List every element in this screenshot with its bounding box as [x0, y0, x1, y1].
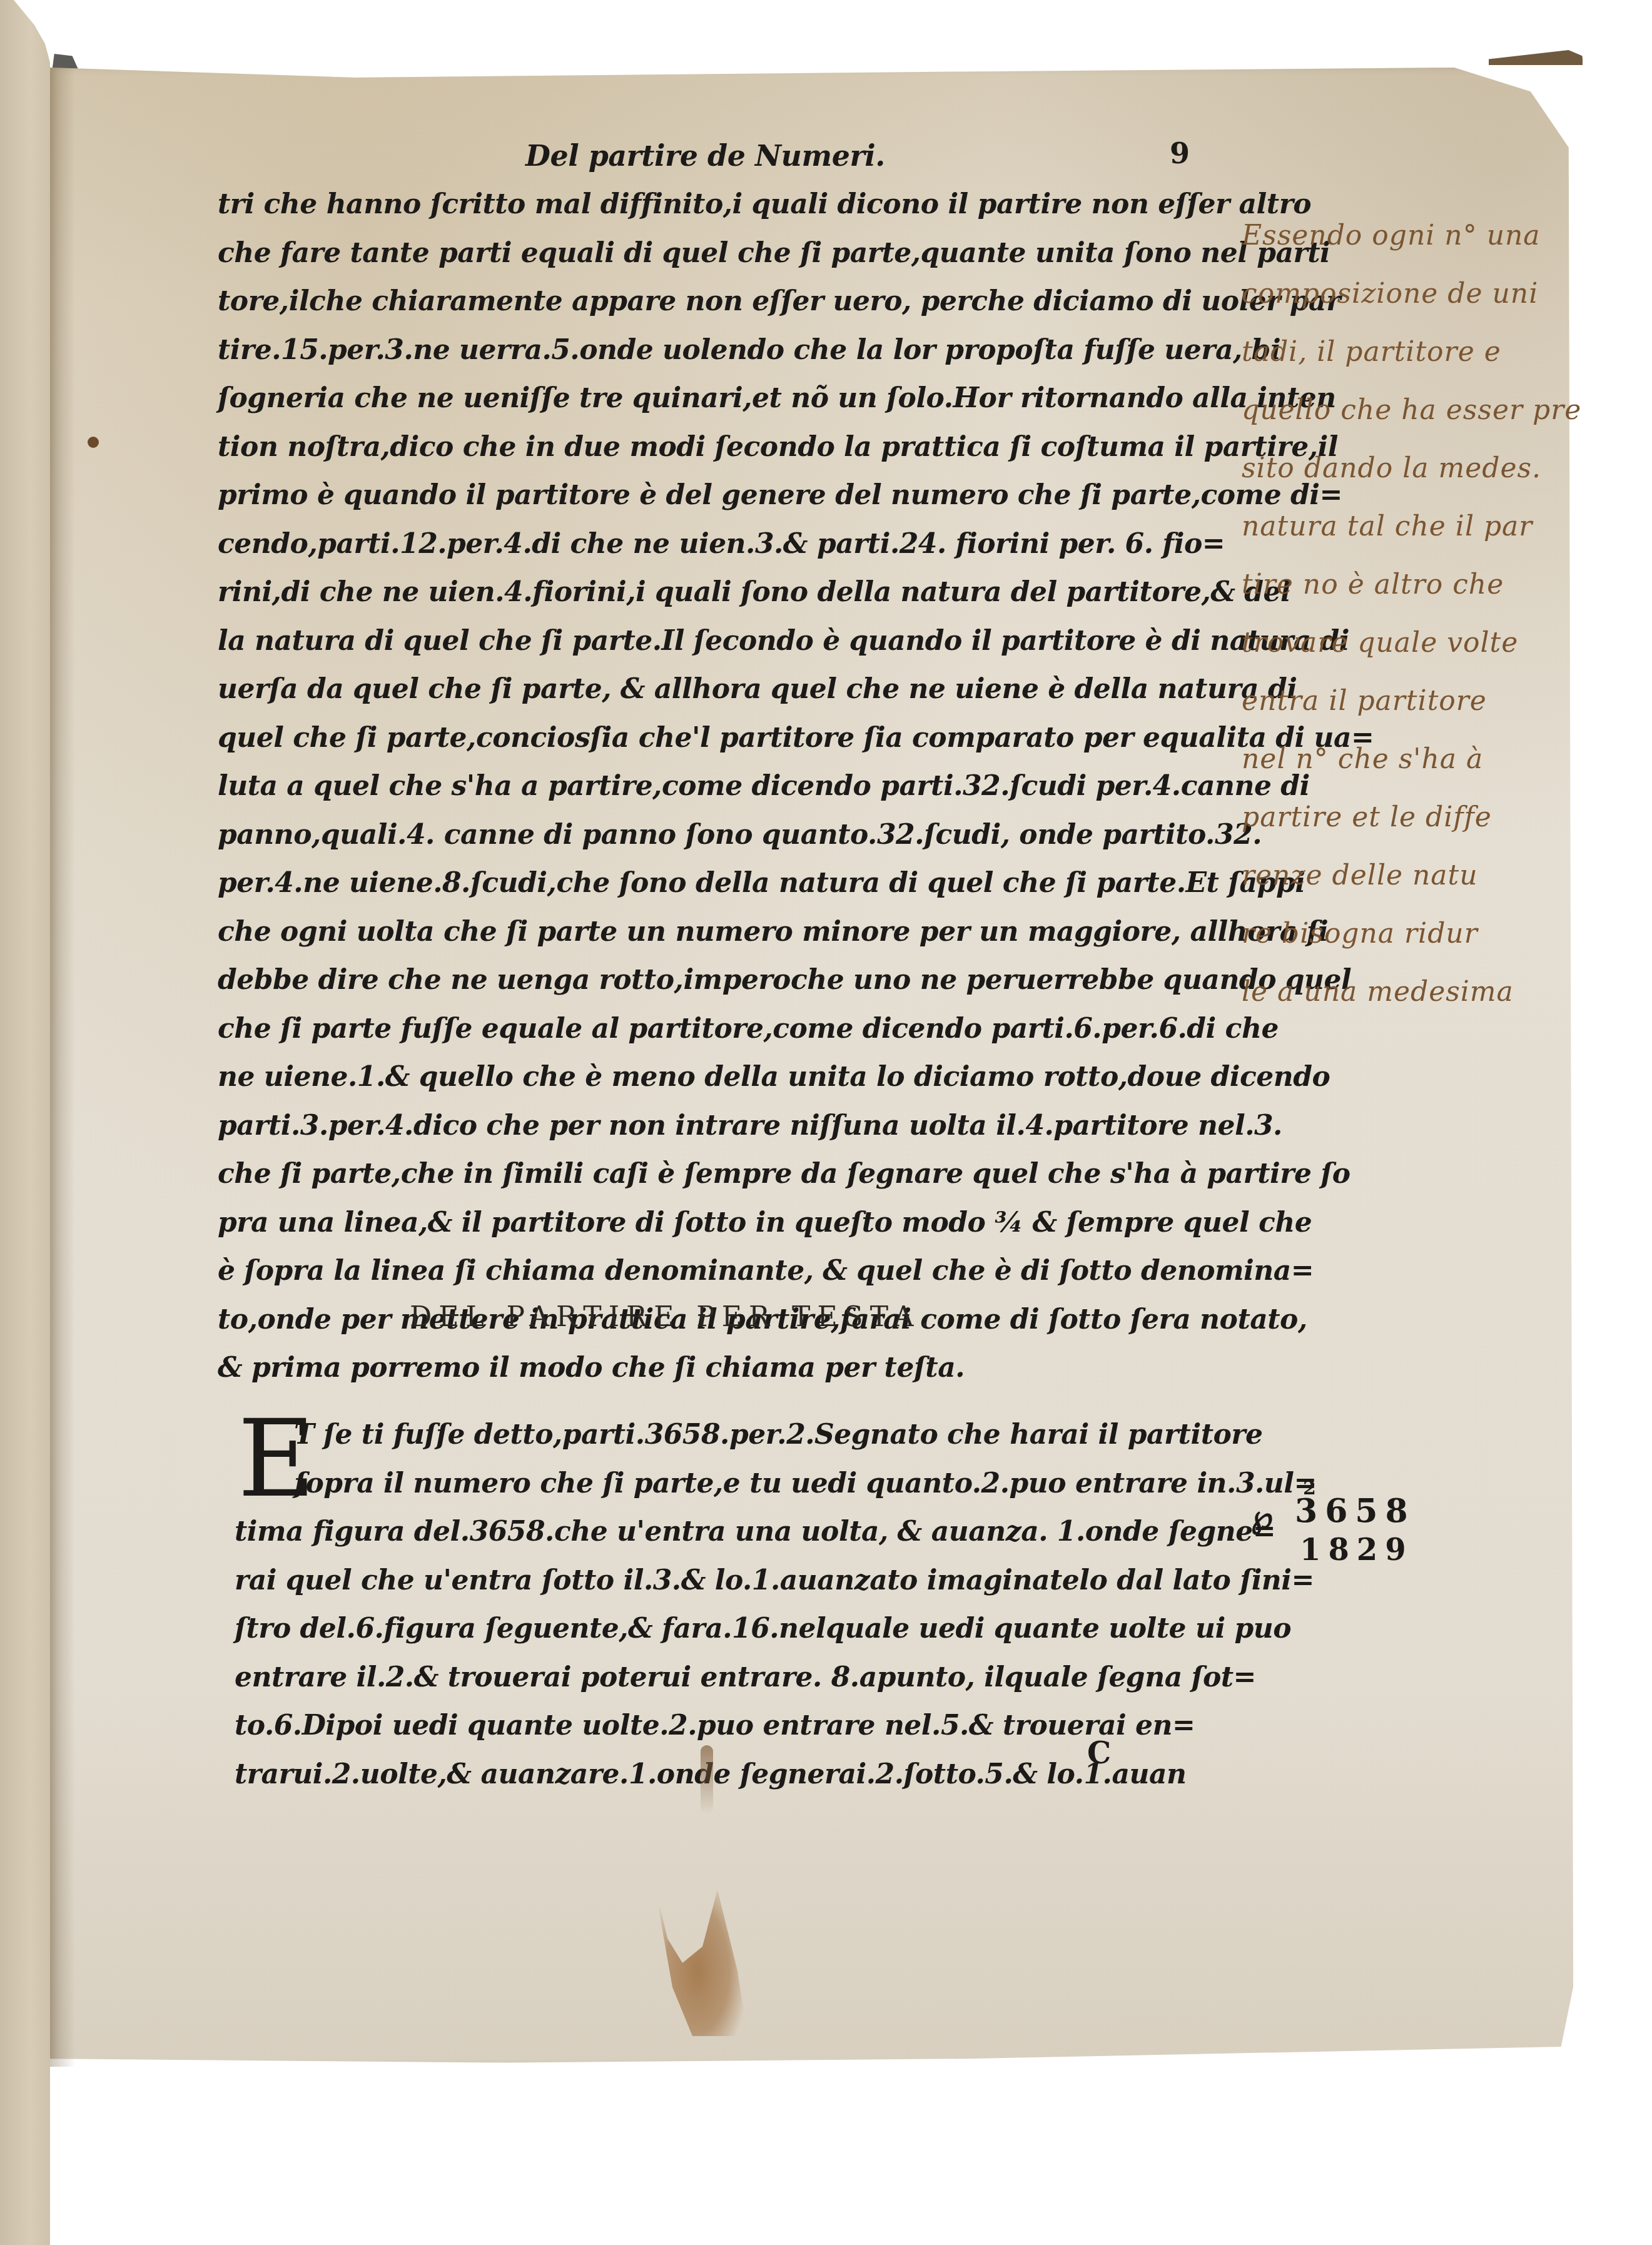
- division-symbol: ℘: [1251, 1498, 1273, 1535]
- manuscript-line: nel n° che s'ha à: [1242, 730, 1581, 788]
- book-block-edge: [0, 0, 50, 2245]
- text-line: per.4.ne uiene.8.ſcudi,che ſono della na…: [218, 859, 1244, 908]
- manuscript-line: renze delle natu: [1242, 846, 1581, 905]
- text-line: è ſopra la linea ſi chiama denominante, …: [218, 1247, 1244, 1295]
- manuscript-line: tire no è altro che: [1242, 555, 1581, 614]
- text-line: tima figura del.3658.che u'entra una uol…: [235, 1508, 1245, 1556]
- text-line: rini,di che ne uien.4.fiorini,i quali ſo…: [218, 568, 1244, 617]
- text-line: & prima porremo il modo che ſi chiama pe…: [218, 1344, 1244, 1392]
- text-line: primo è quando il partitore è del genere…: [218, 471, 1244, 520]
- text-line: cendo,parti.12.per.4.di che ne uien.3.& …: [218, 520, 1244, 569]
- ink-drip-stain: [701, 1745, 713, 1814]
- text-line: uerſa da quel che ſi parte, & allhora qu…: [218, 665, 1244, 714]
- text-line: pra una linea,& il partitore di ſotto in…: [218, 1199, 1244, 1247]
- manuscript-line: partire et le diffe: [1242, 788, 1581, 846]
- text-line: tion noſtra,dico che in due modi ſecondo…: [218, 423, 1244, 472]
- text-line: tore,ilche chiaramente appare non eſſer …: [218, 277, 1244, 326]
- manuscript-line: le a una medesima: [1242, 963, 1581, 1021]
- text-line: panno,quali.4. canne di panno ſono quant…: [218, 811, 1244, 859]
- text-line: che ogni uolta che ſi parte un numero mi…: [218, 908, 1244, 956]
- section-heading: DEL PARTIRE PER TESTA.: [410, 1301, 936, 1333]
- manuscript-margin-note: Essendo ogni n° una composizione de uni …: [1242, 206, 1581, 1021]
- manuscript-line: natura tal che il par: [1242, 497, 1581, 555]
- text-line: la natura di quel che ſi parte.Il ſecond…: [218, 617, 1244, 666]
- text-line: ſtro del.6.figura ſeguente,& fara.16.nel…: [235, 1604, 1245, 1653]
- text-line: tire.15.per.3.ne uerra.5.onde uolendo ch…: [218, 326, 1244, 375]
- text-line: ne uiene.1.& quello che è meno della uni…: [218, 1053, 1244, 1102]
- text-line: che ſi parte fuſſe equale al partitore,c…: [218, 1005, 1244, 1053]
- manuscript-line: quello che ha esser pre: [1242, 381, 1581, 439]
- gutter-shadow: [50, 68, 75, 2067]
- manuscript-line: tadi, il partitore e: [1242, 323, 1581, 381]
- text-line: luta a quel che s'ha a partire,come dice…: [218, 762, 1244, 811]
- text-line: tri che hanno ſcritto mal diffinito,i qu…: [218, 180, 1244, 229]
- text-line: parti.3.per.4.dico che per non intrare n…: [218, 1102, 1244, 1150]
- dividend: 3658: [1295, 1492, 1416, 1530]
- manuscript-line: sito dando la medes.: [1242, 439, 1581, 497]
- manuscript-line: trovare quale volte: [1242, 614, 1581, 672]
- text-line: entrare il.2.& trouerai poterui entrare.…: [235, 1653, 1245, 1702]
- running-head: Del partire de Numeri.: [525, 139, 885, 173]
- text-line: ſopra il numero che ſi parte,e tu uedi q…: [294, 1459, 1245, 1508]
- text-line: debbe dire che ne uenga rotto,imperoche …: [218, 956, 1244, 1005]
- binding-top-edge: [1489, 50, 1583, 65]
- manuscript-line: Essendo ogni n° una: [1242, 206, 1581, 265]
- text-line: T ſe ti fuſſe detto,parti.3658.per.2.Seg…: [294, 1411, 1245, 1459]
- manuscript-line: re bisogna ridur: [1242, 905, 1581, 963]
- text-line: quel che ſi parte,conciosſia che'l parti…: [218, 714, 1244, 763]
- folio-number: 9: [1170, 136, 1190, 170]
- manuscript-line: composizione de uni: [1242, 265, 1581, 323]
- manuscript-line: entra il partitore: [1242, 672, 1581, 730]
- quotient: 1829: [1300, 1533, 1414, 1568]
- signature-mark: C: [1087, 1736, 1111, 1771]
- paper-spot: [88, 437, 99, 448]
- text-line: ſogneria che ne ueniſſe tre quinari,et n…: [218, 374, 1244, 423]
- paragraph-1: tri che hanno ſcritto mal diffinito,i qu…: [218, 180, 1244, 1392]
- text-line: che fare tante parti equali di quel che …: [218, 229, 1244, 278]
- text-line: che ſi parte,che in ſimili caſi è ſempre…: [218, 1150, 1244, 1199]
- text-line: rai quel che u'entra ſotto il.3.& lo.1.a…: [235, 1556, 1245, 1605]
